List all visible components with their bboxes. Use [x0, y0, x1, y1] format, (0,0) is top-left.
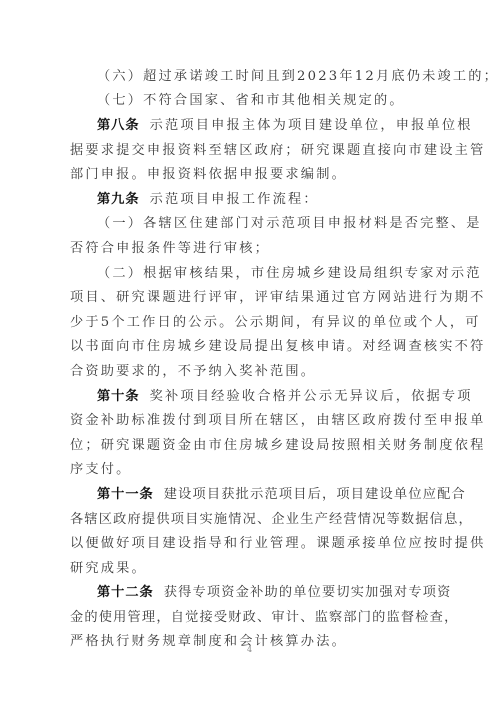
article-9-item-2-cont-1: 项目、研究课题进行评审，评审结果通过官方网站进行为期不 [70, 290, 434, 306]
article-9-item-2: （二）根据审核结果，市住房城乡建设局组织专家对示范 [97, 266, 434, 282]
article-10-line-4: 序支付。 [70, 462, 434, 478]
line-text: 获得专项资金补助的单位要切实加强对专项资 [164, 585, 452, 600]
line-text: 序支付。 [70, 462, 132, 477]
article-11-line-4: 研究成果。 [70, 561, 434, 577]
line-text: 位；研究课题资金由市住房城乡建设局按照相关财务制度依程 [70, 438, 485, 453]
article-9-item-1-cont: 否符合申报条件等进行审核； [70, 241, 434, 257]
article-11-line-3: 以便做好项目建设指导和行业管理。课题承接单位应按时提供 [70, 536, 434, 552]
article-9-item-2-cont-3: 以书面向市住房城乡建设局提出复核申请。对经调查核实不符 [70, 339, 434, 355]
article-9-label: 第九条 [97, 192, 140, 207]
line-text: 严格执行财务规章制度和会计核算办法。 [70, 634, 347, 649]
clause-7-line: （七）不符合国家、省和市其他相关规定的。 [97, 93, 434, 109]
line-text: 以便做好项目建设指导和行业管理。课题承接单位应按时提供 [70, 536, 485, 551]
article-11-label: 第十一条 [97, 487, 154, 502]
article-10-heading-line: 第十条奖补项目经验收合格并公示无异议后，依据专项 [97, 389, 434, 405]
article-8-heading-line: 第八条示范项目申报主体为项目建设单位，申报单位根 [97, 118, 434, 134]
article-9-item-1: （一）各辖区住建部门对示范项目申报材料是否完整、是 [97, 216, 434, 232]
line-text: （七）不符合国家、省和市其他相关规定的。 [97, 93, 405, 108]
line-text: 研究成果。 [70, 561, 147, 576]
document-page: （六）超过承诺竣工时间且到2023年12月底仍未竣工的； （七）不符合国家、省和… [0, 0, 500, 707]
line-text: 建设项目获批示范项目后，项目建设单位应配合 [164, 487, 466, 502]
line-text: 示范项目申报主体为项目建设单位，申报单位根 [150, 118, 473, 133]
article-12-line-2: 金的使用管理，自觉接受财政、审计、监察部门的监督检查， [70, 610, 434, 626]
article-10-label: 第十条 [97, 389, 140, 404]
line-text: 资金补助标准拨付到项目所在辖区，由辖区政府拨付至申报单 [70, 413, 485, 428]
article-9-item-2-cont-4: 合资助要求的，不予纳入奖补范围。 [70, 364, 434, 380]
line-text: 以书面向市住房城乡建设局提出复核申请。对经调查核实不符 [70, 339, 485, 354]
article-11-line-2: 各辖区政府提供项目实施情况、企业生产经营情况等数据信息， [70, 512, 434, 528]
line-text: 少于5个工作日的公示。公示期间，有异议的单位或个人，可 [70, 315, 481, 330]
article-12-label: 第十二条 [97, 585, 154, 600]
line-text: 否符合申报条件等进行审核； [70, 241, 270, 256]
line-text: 据要求提交申报资料至辖区政府；研究课题直接向市建设主管 [70, 143, 485, 158]
line-text: （六）超过承诺竣工时间且到2023年12月底仍未竣工的； [97, 69, 499, 84]
article-11-heading-line: 第十一条建设项目获批示范项目后，项目建设单位应配合 [97, 487, 434, 503]
article-8-line-3: 部门申报。申报资料依据申报要求编制。 [70, 167, 434, 183]
page-number: 4 [247, 645, 252, 654]
article-10-line-2: 资金补助标准拨付到项目所在辖区，由辖区政府拨付至申报单 [70, 413, 434, 429]
line-text: 合资助要求的，不予纳入奖补范围。 [70, 364, 316, 379]
article-8-line-2: 据要求提交申报资料至辖区政府；研究课题直接向市建设主管 [70, 143, 434, 159]
line-text: 金的使用管理，自觉接受财政、审计、监察部门的监督检查， [70, 610, 458, 625]
article-12-heading-line: 第十二条获得专项资金补助的单位要切实加强对专项资 [97, 585, 434, 601]
line-text: 示范项目申报工作流程： [150, 192, 319, 207]
article-9-heading-line: 第九条示范项目申报工作流程： [97, 192, 434, 208]
line-text: 项目、研究课题进行评审，评审结果通过官方网站进行为期不 [70, 290, 485, 305]
article-10-line-3: 位；研究课题资金由市住房城乡建设局按照相关财务制度依程 [70, 438, 434, 454]
article-8-label: 第八条 [97, 118, 140, 133]
line-text: （二）根据审核结果，市住房城乡建设局组织专家对示范 [97, 266, 482, 281]
line-text: 奖补项目经验收合格并公示无异议后，依据专项 [150, 389, 473, 404]
line-text: 部门申报。申报资料依据申报要求编制。 [70, 167, 347, 182]
article-9-item-2-cont-2: 少于5个工作日的公示。公示期间，有异议的单位或个人，可 [70, 315, 434, 331]
line-text: （一）各辖区住建部门对示范项目申报材料是否完整、是 [97, 216, 482, 231]
clause-6-line: （六）超过承诺竣工时间且到2023年12月底仍未竣工的； [97, 69, 434, 85]
line-text: 各辖区政府提供项目实施情况、企业生产经营情况等数据信息， [70, 512, 473, 527]
